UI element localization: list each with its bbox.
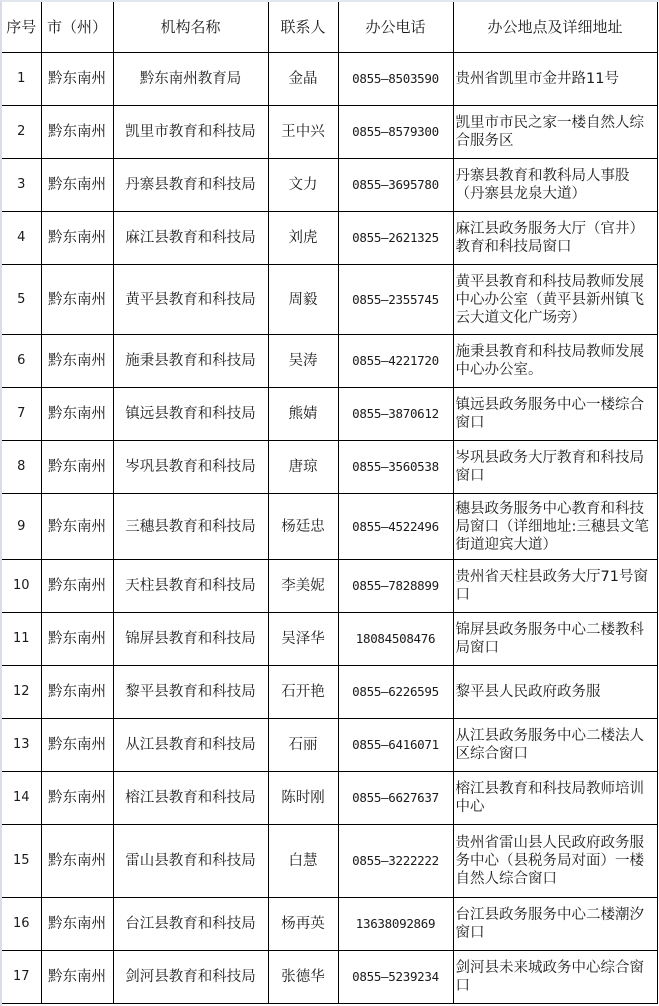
table-row: 16黔东南州台江县教育和科技局杨再英13638092869台江县政务服务中心二楼… (2, 898, 657, 951)
org-name-cell: 雷山县教育和科技局 (113, 825, 268, 898)
phone-cell: 18084508476 (338, 613, 453, 666)
contact-cell: 石开艳 (268, 666, 338, 719)
phone-cell: 0855—3222222 (338, 825, 453, 898)
row-number: 7 (2, 388, 41, 441)
address-cell: 从江县政务服务中心二楼法人区综合窗口 (453, 719, 657, 772)
phone-cell: 13638092869 (338, 898, 453, 951)
address-cell: 贵州省天柱县政务大厅71号窗口 (453, 560, 657, 613)
contact-cell: 唐琼 (268, 441, 338, 494)
table-row: 15黔东南州雷山县教育和科技局白慧0855—3222222贵州省雷山县人民政府政… (2, 825, 657, 898)
row-number: 4 (2, 212, 41, 265)
address-cell: 台江县政务服务中心二楼潮汐窗口 (453, 898, 657, 951)
header-org: 机构名称 (113, 2, 268, 53)
city-cell: 黔东南州 (41, 494, 113, 560)
contact-cell: 周毅 (268, 265, 338, 335)
org-name-cell: 台江县教育和科技局 (113, 898, 268, 951)
row-number: 8 (2, 441, 41, 494)
phone-cell: 0855—2621325 (338, 212, 453, 265)
row-number: 1 (2, 53, 41, 106)
address-cell: 岑巩县政务大厅教育和科技局窗口 (453, 441, 657, 494)
row-number: 15 (2, 825, 41, 898)
address-cell: 凯里市市民之家一楼自然人综合服务区 (453, 106, 657, 159)
phone-cell: 0855—4221720 (338, 335, 453, 388)
table-row: 5黔东南州黄平县教育和科技局周毅0855—2355745黄平县教育和科技局教师发… (2, 265, 657, 335)
phone-cell: 0855—7828899 (338, 560, 453, 613)
row-number: 2 (2, 106, 41, 159)
city-cell: 黔东南州 (41, 898, 113, 951)
address-cell: 镇远县政务服务中心一楼综合窗口 (453, 388, 657, 441)
address-cell: 榕江县教育和科技局教师培训中心 (453, 772, 657, 825)
header-contact: 联系人 (268, 2, 338, 53)
table-row: 17黔东南州剑河县教育和科技局张德华0855—5239234剑河县未来城政务中心… (2, 951, 657, 1004)
row-number: 17 (2, 951, 41, 1004)
city-cell: 黔东南州 (41, 265, 113, 335)
org-name-cell: 榕江县教育和科技局 (113, 772, 268, 825)
row-number: 12 (2, 666, 41, 719)
table-row: 1黔东南州黔东南州教育局金晶0855—8503590贵州省凯里市金井路11号 (2, 53, 657, 106)
table-row: 7黔东南州镇远县教育和科技局熊婧0855—3870612镇远县政务服务中心一楼综… (2, 388, 657, 441)
row-number: 11 (2, 613, 41, 666)
contact-cell: 杨廷忠 (268, 494, 338, 560)
header-phone: 办公电话 (338, 2, 453, 53)
row-number: 9 (2, 494, 41, 560)
header-address: 办公地点及详细地址 (453, 2, 657, 53)
address-cell: 锦屏县政务服务中心二楼教科局窗口 (453, 613, 657, 666)
org-name-cell: 凯里市教育和科技局 (113, 106, 268, 159)
city-cell: 黔东南州 (41, 825, 113, 898)
city-cell: 黔东南州 (41, 159, 113, 212)
phone-cell: 0855—4522496 (338, 494, 453, 560)
city-cell: 黔东南州 (41, 613, 113, 666)
row-number: 14 (2, 772, 41, 825)
city-cell: 黔东南州 (41, 441, 113, 494)
phone-cell: 0855—6416071 (338, 719, 453, 772)
row-number: 6 (2, 335, 41, 388)
contact-cell: 熊婧 (268, 388, 338, 441)
table-row: 9黔东南州三穗县教育和科技局杨廷忠0855—4522496穗县政务服务中心教育和… (2, 494, 657, 560)
address-cell: 黎平县人民政府政务服 (453, 666, 657, 719)
table-row: 13黔东南州从江县教育和科技局石丽0855—6416071从江县政务服务中心二楼… (2, 719, 657, 772)
phone-cell: 0855—2355745 (338, 265, 453, 335)
phone-cell: 0855—6627637 (338, 772, 453, 825)
row-number: 13 (2, 719, 41, 772)
contact-cell: 吴涛 (268, 335, 338, 388)
phone-cell: 0855—8579300 (338, 106, 453, 159)
row-number: 5 (2, 265, 41, 335)
contact-cell: 陈时刚 (268, 772, 338, 825)
table-row: 11黔东南州锦屏县教育和科技局吴泽华18084508476锦屏县政务服务中心二楼… (2, 613, 657, 666)
table-row: 8黔东南州岑巩县教育和科技局唐琼0855—3560538岑巩县政务大厅教育和科技… (2, 441, 657, 494)
city-cell: 黔东南州 (41, 53, 113, 106)
address-cell: 贵州省凯里市金井路11号 (453, 53, 657, 106)
org-name-cell: 黔东南州教育局 (113, 53, 268, 106)
org-name-cell: 施秉县教育和科技局 (113, 335, 268, 388)
city-cell: 黔东南州 (41, 951, 113, 1004)
city-cell: 黔东南州 (41, 772, 113, 825)
table-row: 2黔东南州凯里市教育和科技局王中兴0855—8579300凯里市市民之家一楼自然… (2, 106, 657, 159)
org-name-cell: 麻江县教育和科技局 (113, 212, 268, 265)
city-cell: 黔东南州 (41, 388, 113, 441)
org-name-cell: 岑巩县教育和科技局 (113, 441, 268, 494)
city-cell: 黔东南州 (41, 719, 113, 772)
contact-cell: 李美妮 (268, 560, 338, 613)
org-name-cell: 三穗县教育和科技局 (113, 494, 268, 560)
contact-cell: 石丽 (268, 719, 338, 772)
contact-cell: 张德华 (268, 951, 338, 1004)
org-name-cell: 镇远县教育和科技局 (113, 388, 268, 441)
address-cell: 麻江县政务服务大厅（官井）教育和科技局窗口 (453, 212, 657, 265)
contact-cell: 吴泽华 (268, 613, 338, 666)
contact-cell: 王中兴 (268, 106, 338, 159)
address-cell: 施秉县教育和科技局教师发展中心办公室。 (453, 335, 657, 388)
phone-cell: 0855—3695780 (338, 159, 453, 212)
header-no: 序号 (2, 2, 41, 53)
address-cell: 剑河县未来城政务中心综合窗口 (453, 951, 657, 1004)
address-cell: 贵州省雷山县人民政府政务服务中心（县税务局对面）一楼自然人综合窗口 (453, 825, 657, 898)
phone-cell: 0855—6226595 (338, 666, 453, 719)
city-cell: 黔东南州 (41, 335, 113, 388)
header-city: 市（州） (41, 2, 113, 53)
city-cell: 黔东南州 (41, 666, 113, 719)
org-name-cell: 丹寨县教育和科技局 (113, 159, 268, 212)
phone-cell: 0855—3870612 (338, 388, 453, 441)
contact-cell: 白慧 (268, 825, 338, 898)
city-cell: 黔东南州 (41, 212, 113, 265)
org-name-cell: 从江县教育和科技局 (113, 719, 268, 772)
address-cell: 黄平县教育和科技局教师发展中心办公室（黄平县新州镇飞云大道文化广场旁） (453, 265, 657, 335)
row-number: 10 (2, 560, 41, 613)
phone-cell: 0855—8503590 (338, 53, 453, 106)
table-row: 6黔东南州施秉县教育和科技局吴涛0855—4221720施秉县教育和科技局教师发… (2, 335, 657, 388)
phone-cell: 0855—3560538 (338, 441, 453, 494)
header-row: 序号 市（州） 机构名称 联系人 办公电话 办公地点及详细地址 (2, 2, 657, 53)
contact-cell: 文力 (268, 159, 338, 212)
org-name-cell: 黎平县教育和科技局 (113, 666, 268, 719)
contact-cell: 金晶 (268, 53, 338, 106)
contact-table: 序号 市（州） 机构名称 联系人 办公电话 办公地点及详细地址 1黔东南州黔东南… (2, 2, 658, 1004)
table-row: 10黔东南州天柱县教育和科技局李美妮0855—7828899贵州省天柱县政务大厅… (2, 560, 657, 613)
table-row: 4黔东南州麻江县教育和科技局刘虎0855—2621325麻江县政务服务大厅（官井… (2, 212, 657, 265)
org-name-cell: 剑河县教育和科技局 (113, 951, 268, 1004)
org-name-cell: 锦屏县教育和科技局 (113, 613, 268, 666)
row-number: 16 (2, 898, 41, 951)
table-row: 14黔东南州榕江县教育和科技局陈时刚0855—6627637榕江县教育和科技局教… (2, 772, 657, 825)
org-name-cell: 黄平县教育和科技局 (113, 265, 268, 335)
table-row: 12黔东南州黎平县教育和科技局石开艳0855—6226595黎平县人民政府政务服 (2, 666, 657, 719)
table-body: 1黔东南州黔东南州教育局金晶0855—8503590贵州省凯里市金井路11号2黔… (2, 53, 657, 1004)
city-cell: 黔东南州 (41, 560, 113, 613)
city-cell: 黔东南州 (41, 106, 113, 159)
contact-cell: 杨再英 (268, 898, 338, 951)
contact-cell: 刘虎 (268, 212, 338, 265)
phone-cell: 0855—5239234 (338, 951, 453, 1004)
table-row: 3黔东南州丹寨县教育和科技局文力0855—3695780丹寨县教育和教科局人事股… (2, 159, 657, 212)
org-name-cell: 天柱县教育和科技局 (113, 560, 268, 613)
row-number: 3 (2, 159, 41, 212)
address-cell: 穗县政务服务中心教育和科技局窗口（详细地址:三穗县文笔街道迎宾大道） (453, 494, 657, 560)
address-cell: 丹寨县教育和教科局人事股（丹寨县龙泉大道） (453, 159, 657, 212)
